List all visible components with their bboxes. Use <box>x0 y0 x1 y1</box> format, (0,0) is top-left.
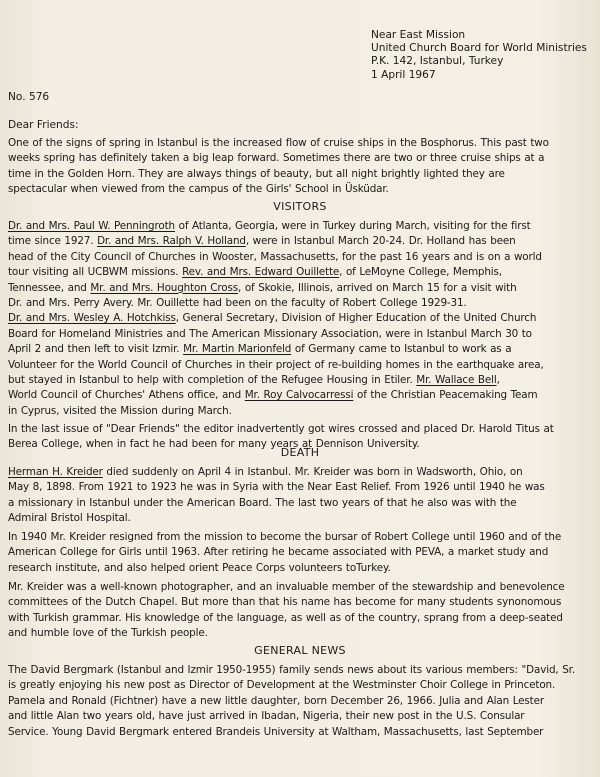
text-line: Tennessee, and Mr. and Mrs. Houghton Cro… <box>8 281 594 296</box>
text-segment: Tennessee, and <box>8 282 90 294</box>
text-line: In the last issue of "Dear Friends" the … <box>8 422 594 437</box>
text-line: One of the signs of spring in Istanbul i… <box>8 136 594 151</box>
text-line: World Council of Churches' Athens office… <box>8 388 594 403</box>
text-line: spectacular when viewed from the campus … <box>8 182 594 197</box>
text-line: tour visiting all UCBWM missions. Rev. a… <box>8 265 594 280</box>
death-paragraph-3: Mr. Kreider was a well-known photographe… <box>8 580 594 642</box>
text-line: weeks spring has definitely taken a big … <box>8 151 594 166</box>
underlined-name: Mr. Wallace Bell <box>416 374 496 386</box>
visitors-paragraph: Dr. and Mrs. Paul W. Penningroth of Atla… <box>8 219 594 419</box>
letterhead-address: Near East Mission United Church Board fo… <box>371 29 587 82</box>
letterhead-line: United Church Board for World Ministries <box>371 42 587 55</box>
section-heading-visitors: VISITORS <box>0 200 600 213</box>
text-segment: April 2 and then left to visit Izmir. <box>8 343 183 355</box>
underlined-name: Dr. and Mrs. Paul W. Penningroth <box>8 220 175 232</box>
text-line: Dr. and Mrs. Perry Avery. Mr. Ouillette … <box>8 296 594 311</box>
text-segment: in Cyprus, visited the Mission during Ma… <box>8 405 232 417</box>
text-line: Dr. and Mrs. Wesley A. Hotchkiss, Genera… <box>8 311 594 326</box>
greeting: Dear Friends: <box>8 119 79 131</box>
underlined-name: Herman H. Kreider <box>8 466 103 478</box>
underlined-name: Rev. and Mrs. Edward Ouillette <box>182 266 339 278</box>
text-segment: Admiral Bristol Hospital. <box>8 512 131 524</box>
text-segment: of Atlanta, Georgia, were in Turkey duri… <box>175 220 531 232</box>
text-segment: May 8, 1898. From 1921 to 1923 he was in… <box>8 481 545 493</box>
letter-date: 1 April 1967 <box>371 69 587 82</box>
letterhead-line: P.K. 142, Istanbul, Turkey <box>371 55 587 68</box>
death-paragraph-2: In 1940 Mr. Kreider resigned from the mi… <box>8 530 594 576</box>
text-segment: a missionary in Istanbul under the Ameri… <box>8 497 516 509</box>
text-line: in Cyprus, visited the Mission during Ma… <box>8 404 594 419</box>
text-line: Volunteer for the World Council of Churc… <box>8 358 594 373</box>
text-segment: Volunteer for the World Council of Churc… <box>8 359 544 371</box>
text-line: is greatly enjoying his new post as Dire… <box>8 678 594 693</box>
text-line: head of the City Council of Churches in … <box>8 250 594 265</box>
letter-page: Near East Mission United Church Board fo… <box>0 0 600 777</box>
text-line: Dr. and Mrs. Paul W. Penningroth of Atla… <box>8 219 594 234</box>
text-segment: died suddenly on April 4 in Istanbul. Mr… <box>103 466 523 478</box>
text-line: In 1940 Mr. Kreider resigned from the mi… <box>8 530 594 545</box>
text-segment: , <box>497 374 500 386</box>
text-line: Admiral Bristol Hospital. <box>8 511 594 526</box>
text-line: American College for Girls until 1963. A… <box>8 545 594 560</box>
underlined-name: Dr. and Mrs. Ralph V. Holland <box>97 235 246 247</box>
text-line: Board for Homeland Ministries and The Am… <box>8 327 594 342</box>
letterhead-line: Near East Mission <box>371 29 587 42</box>
death-paragraph: Herman H. Kreider died suddenly on April… <box>8 465 594 527</box>
text-line: time in the Golden Horn. They are always… <box>8 167 594 182</box>
text-segment: , General Secretary, Division of Higher … <box>176 312 537 324</box>
text-segment: , of Skokie, Illinois, arrived on March … <box>238 282 516 294</box>
text-line: The David Bergmark (Istanbul and Izmir 1… <box>8 663 594 678</box>
text-segment: of Germany came to Istanbul to work as a <box>291 343 511 355</box>
text-segment: but stayed in Istanbul to help with comp… <box>8 374 416 386</box>
underlined-name: Mr. Roy Calvocarressi <box>245 389 354 401</box>
text-line: a missionary in Istanbul under the Ameri… <box>8 496 594 511</box>
text-line: Pamela and Ronald (Fichtner) have a new … <box>8 694 594 709</box>
text-line: and little Alan two years old, have just… <box>8 709 594 724</box>
section-heading-general-news: GENERAL NEWS <box>0 644 600 657</box>
text-segment: , were in Istanbul March 20-24. Dr. Holl… <box>246 235 516 247</box>
section-heading-death: DEATH <box>0 446 600 459</box>
text-segment: tour visiting all UCBWM missions. <box>8 266 182 278</box>
text-line: Service. Young David Bergmark entered Br… <box>8 725 594 740</box>
text-line: but stayed in Istanbul to help with comp… <box>8 373 594 388</box>
text-line: May 8, 1898. From 1921 to 1923 he was in… <box>8 480 594 495</box>
text-line: time since 1927. Dr. and Mrs. Ralph V. H… <box>8 234 594 249</box>
underlined-name: Mr. and Mrs. Houghton Cross <box>90 282 238 294</box>
text-segment: World Council of Churches' Athens office… <box>8 389 245 401</box>
text-segment: of the Christian Peacemaking Team <box>353 389 537 401</box>
text-line: Herman H. Kreider died suddenly on April… <box>8 465 594 480</box>
text-segment: time since 1927. <box>8 235 97 247</box>
text-segment: Dr. and Mrs. Perry Avery. Mr. Ouillette … <box>8 297 467 309</box>
text-line: research institute, and also helped orie… <box>8 561 594 576</box>
general-news-paragraph: The David Bergmark (Istanbul and Izmir 1… <box>8 663 594 740</box>
text-segment: head of the City Council of Churches in … <box>8 251 542 263</box>
text-line: and humble love of the Turkish people. <box>8 626 594 641</box>
underlined-name: Dr. and Mrs. Wesley A. Hotchkiss <box>8 312 176 324</box>
underlined-name: Mr. Martin Marionfeld <box>183 343 291 355</box>
text-line: Mr. Kreider was a well-known photographe… <box>8 580 594 595</box>
document-number: No. 576 <box>8 91 49 103</box>
text-segment: Board for Homeland Ministries and The Am… <box>8 328 532 340</box>
text-line: April 2 and then left to visit Izmir. Mr… <box>8 342 594 357</box>
intro-paragraph: One of the signs of spring in Istanbul i… <box>8 136 594 198</box>
text-line: with Turkish grammar. His knowledge of t… <box>8 611 594 626</box>
text-segment: , of LeMoyne College, Memphis, <box>339 266 502 278</box>
text-line: committees of the Dutch Chapel. But more… <box>8 595 594 610</box>
